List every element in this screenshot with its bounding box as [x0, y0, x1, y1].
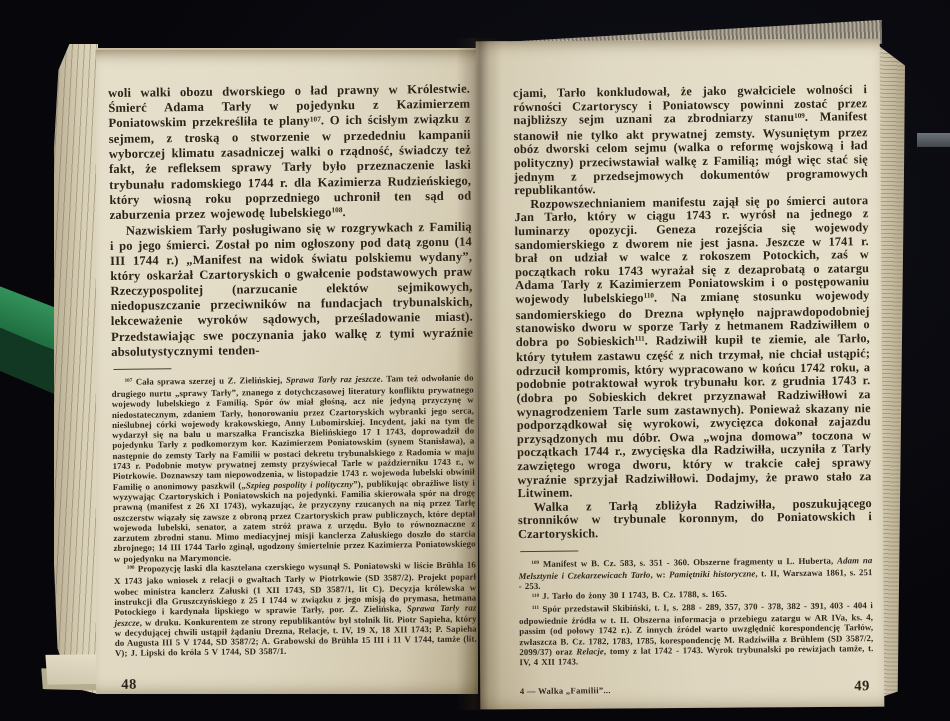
footnote: 109 Manifest w B. Cz. 583, s. 351 - 360.…: [518, 555, 872, 592]
right-page-text-block: cjami, Tarło konkludował, że jako gwałci…: [513, 83, 874, 699]
footnote: 108 Propozycję laski dla kasztelana czer…: [114, 560, 477, 659]
footnote-separator: [113, 368, 171, 370]
page-number-right: 49: [854, 678, 870, 695]
paragraph: woli walki obozu dworskiego o ład prawny…: [108, 82, 472, 224]
left-page: woli walki obozu dworskiego o ład prawny…: [96, 48, 478, 694]
paragraph: Rozpowszechnianiem manifestu zajął się p…: [514, 194, 871, 501]
right-page-footer: 4 — Walka „Familii”... 49: [520, 678, 874, 699]
gray-reflection-decoration: [917, 133, 950, 147]
book-photo-scene: { "colors":{"background":"#07070b","pape…: [0, 0, 950, 721]
footnote: 107 Cała sprawa szerzej u Z. Zielińskiej…: [112, 372, 476, 564]
paragraph: Nazwiskiem Tarły posługiwano się w rozgr…: [110, 219, 474, 359]
right-page: cjami, Tarło konkludował, że jako gwałci…: [476, 39, 885, 710]
footnote: 111 Spór przedstawił Skibiński, t. I, s.…: [519, 600, 874, 668]
volume-signature: 4 — Walka „Familii”...: [520, 685, 611, 696]
paragraph: Walka z Tarłą zbliżyła Radziwiłła, poszu…: [518, 497, 872, 542]
footnote-separator: [520, 550, 578, 552]
paragraph: cjami, Tarło konkludował, że jako gwałci…: [513, 83, 868, 198]
left-page-edge-stack: [54, 44, 98, 694]
left-page-text-block: woli walki obozu dworskiego o ład prawny…: [108, 82, 477, 694]
page-number-left: 48: [121, 672, 477, 693]
